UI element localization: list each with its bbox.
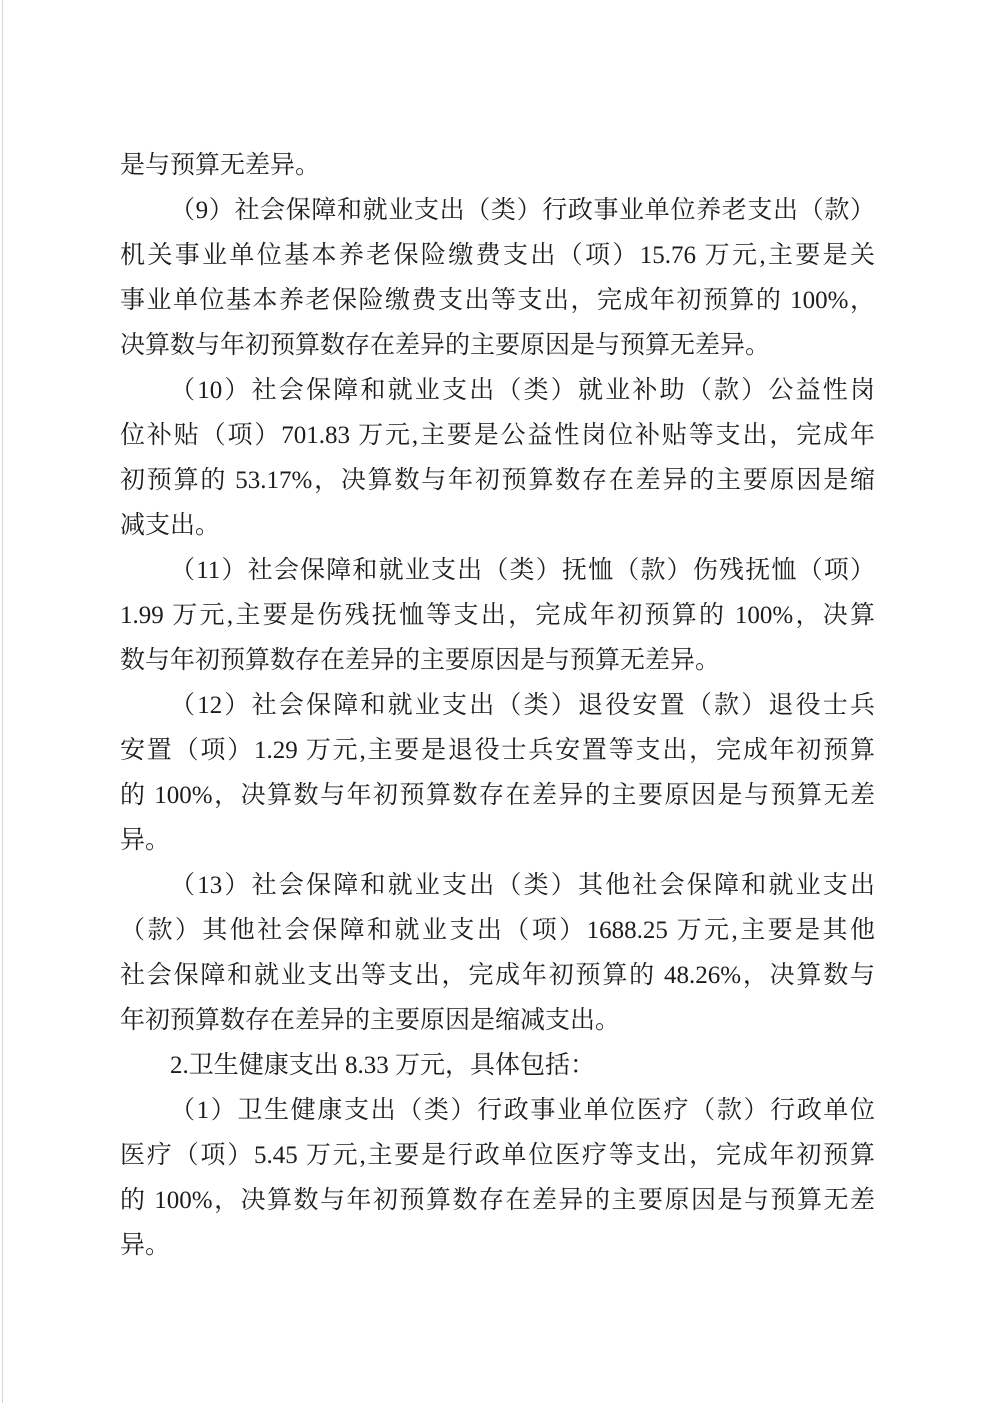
text-line: （13）社会保障和就业支出（类）其他社会保障和就业支出 — [120, 863, 875, 908]
text-line: （款）其他社会保障和就业支出（项）1688.25 万元,主要是其他 — [120, 908, 875, 953]
text-line: （12）社会保障和就业支出（类）退役安置（款）退役士兵 — [120, 683, 875, 728]
text-line: 年初预算数存在差异的主要原因是缩减支出。 — [120, 998, 875, 1043]
text-line: （10）社会保障和就业支出（类）就业补助（款）公益性岗 — [120, 368, 875, 413]
text-line: 机关事业单位基本养老保险缴费支出（项）15.76 万元,主要是关 — [120, 233, 875, 278]
text-line: 社会保障和就业支出等支出，完成年初预算的 48.26%，决算数与 — [120, 953, 875, 998]
text-line: 1.99 万元,主要是伤残抚恤等支出，完成年初预算的 100%，决算 — [120, 593, 875, 638]
document-body: 是与预算无差异。 （9）社会保障和就业支出（类）行政事业单位养老支出（款） 机关… — [120, 143, 875, 1268]
text-line: 初预算的 53.17%，决算数与年初预算数存在差异的主要原因是缩 — [120, 458, 875, 503]
text-line: （11）社会保障和就业支出（类）抚恤（款）伤残抚恤（项） — [120, 548, 875, 593]
text-line: 异。 — [120, 818, 875, 863]
document-page: 是与预算无差异。 （9）社会保障和就业支出（类）行政事业单位养老支出（款） 机关… — [0, 0, 992, 1403]
text-line: （1）卫生健康支出（类）行政事业单位医疗（款）行政单位 — [120, 1088, 875, 1133]
text-line: 异。 — [120, 1223, 875, 1268]
text-line: （9）社会保障和就业支出（类）行政事业单位养老支出（款） — [120, 188, 875, 233]
text-line: 2.卫生健康支出 8.33 万元，具体包括： — [120, 1043, 875, 1088]
text-line: 的 100%，决算数与年初预算数存在差异的主要原因是与预算无差 — [120, 773, 875, 818]
text-line: 事业单位基本养老保险缴费支出等支出，完成年初预算的 100%， — [120, 278, 875, 323]
text-line: 是与预算无差异。 — [120, 143, 875, 188]
text-line: 医疗（项）5.45 万元,主要是行政单位医疗等支出，完成年初预算 — [120, 1133, 875, 1178]
text-line: 的 100%，决算数与年初预算数存在差异的主要原因是与预算无差 — [120, 1178, 875, 1223]
text-line: 数与年初预算数存在差异的主要原因是与预算无差异。 — [120, 638, 875, 683]
text-line: 安置（项）1.29 万元,主要是退役士兵安置等支出，完成年初预算 — [120, 728, 875, 773]
text-line: 决算数与年初预算数存在差异的主要原因是与预算无差异。 — [120, 323, 875, 368]
text-line: 减支出。 — [120, 503, 875, 548]
scan-edge-line — [2, 0, 3, 1403]
text-line: 位补贴（项）701.83 万元,主要是公益性岗位补贴等支出，完成年 — [120, 413, 875, 458]
